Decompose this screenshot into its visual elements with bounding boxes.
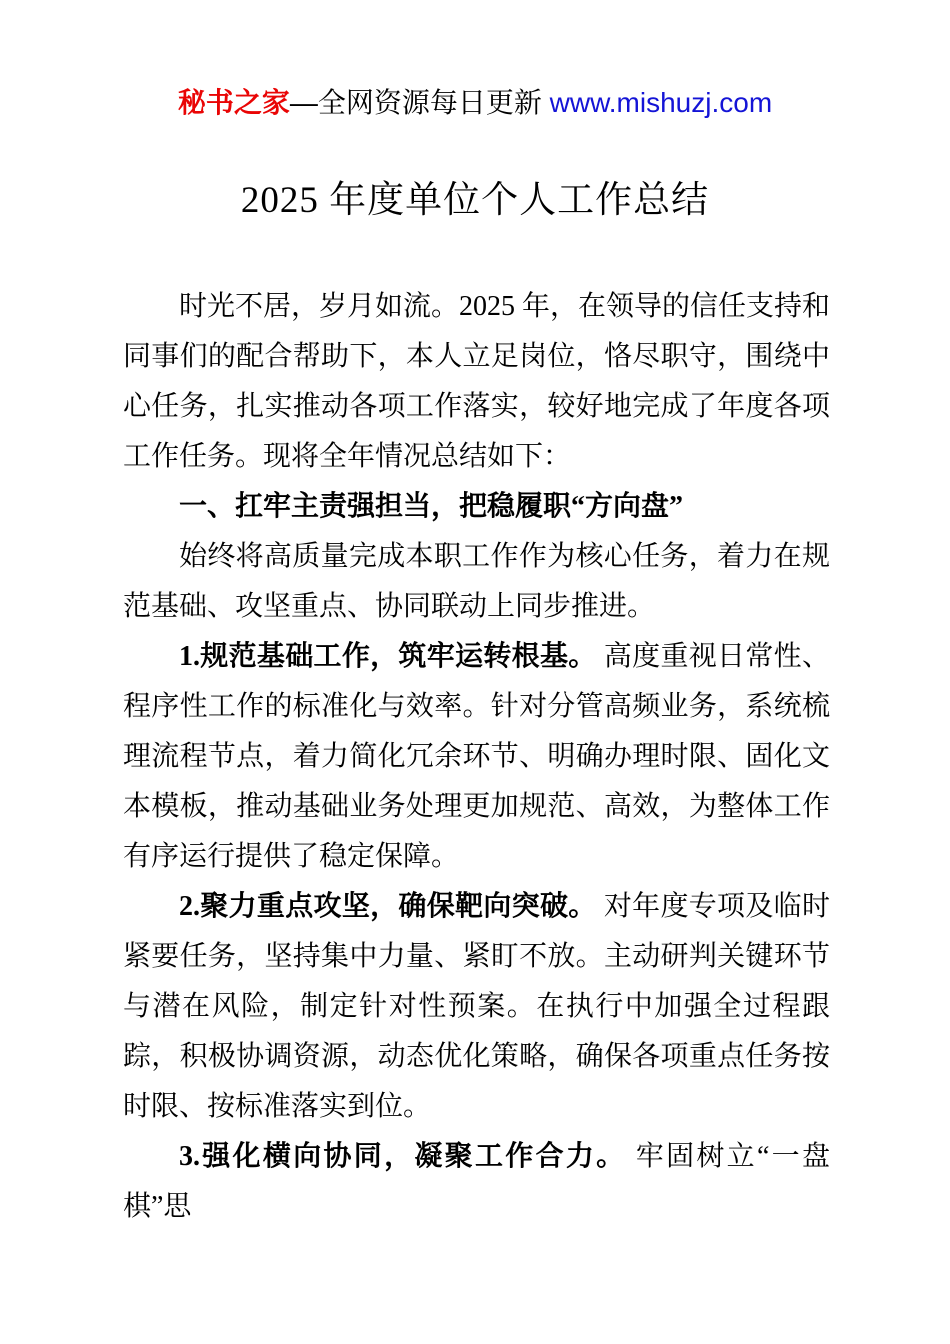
paragraph-item-3: 3.强化横向协同，凝聚工作合力。 牢固树立“一盘棋”思 <box>123 1132 830 1232</box>
section-1-heading: 一、扛牢主责强担当，把稳履职“方向盘” <box>123 482 830 532</box>
paragraph-item-1: 1.规范基础工作，筑牢运转根基。 高度重视日常性、程序性工作的标准化与效率。针对… <box>123 632 830 882</box>
item-2-lead: 2.聚力重点攻坚，确保靶向突破。 <box>179 891 597 922</box>
document-title: 2025 年度单位个人工作总结 <box>0 176 950 226</box>
site-header: 秘书之家—全网资源每日更新 www.mishuzj.com <box>0 0 950 122</box>
paragraph-item-2: 2.聚力重点攻坚，确保靶向突破。 对年度专项及临时紧要任务，坚持集中力量、紧盯不… <box>123 882 830 1132</box>
section-1-lead-in: 始终将高质量完成本职工作作为核心任务，着力在规范基础、攻坚重点、协同联动上同步推… <box>123 532 830 632</box>
item-2-text: 对年度专项及临时紧要任务，坚持集中力量、紧盯不放。主动研判关键环节与潜在风险，制… <box>123 891 830 1122</box>
document-body: 时光不居，岁月如流。2025 年，在领导的信任支持和同事们的配合帮助下，本人立足… <box>123 282 830 1232</box>
paragraph-intro: 时光不居，岁月如流。2025 年，在领导的信任支持和同事们的配合帮助下，本人立足… <box>123 282 830 482</box>
site-tagline: —全网资源每日更新 <box>290 87 550 118</box>
item-3-lead: 3.强化横向协同，凝聚工作合力。 <box>179 1141 626 1172</box>
document-page: 秘书之家—全网资源每日更新 www.mishuzj.com 2025 年度单位个… <box>0 0 950 1344</box>
site-url-link[interactable]: www.mishuzj.com <box>550 87 772 118</box>
item-1-text: 高度重视日常性、程序性工作的标准化与效率。针对分管高频业务，系统梳理流程节点，着… <box>123 641 830 872</box>
item-1-lead: 1.规范基础工作，筑牢运转根基。 <box>179 641 597 672</box>
site-brand: 秘书之家 <box>178 87 290 118</box>
